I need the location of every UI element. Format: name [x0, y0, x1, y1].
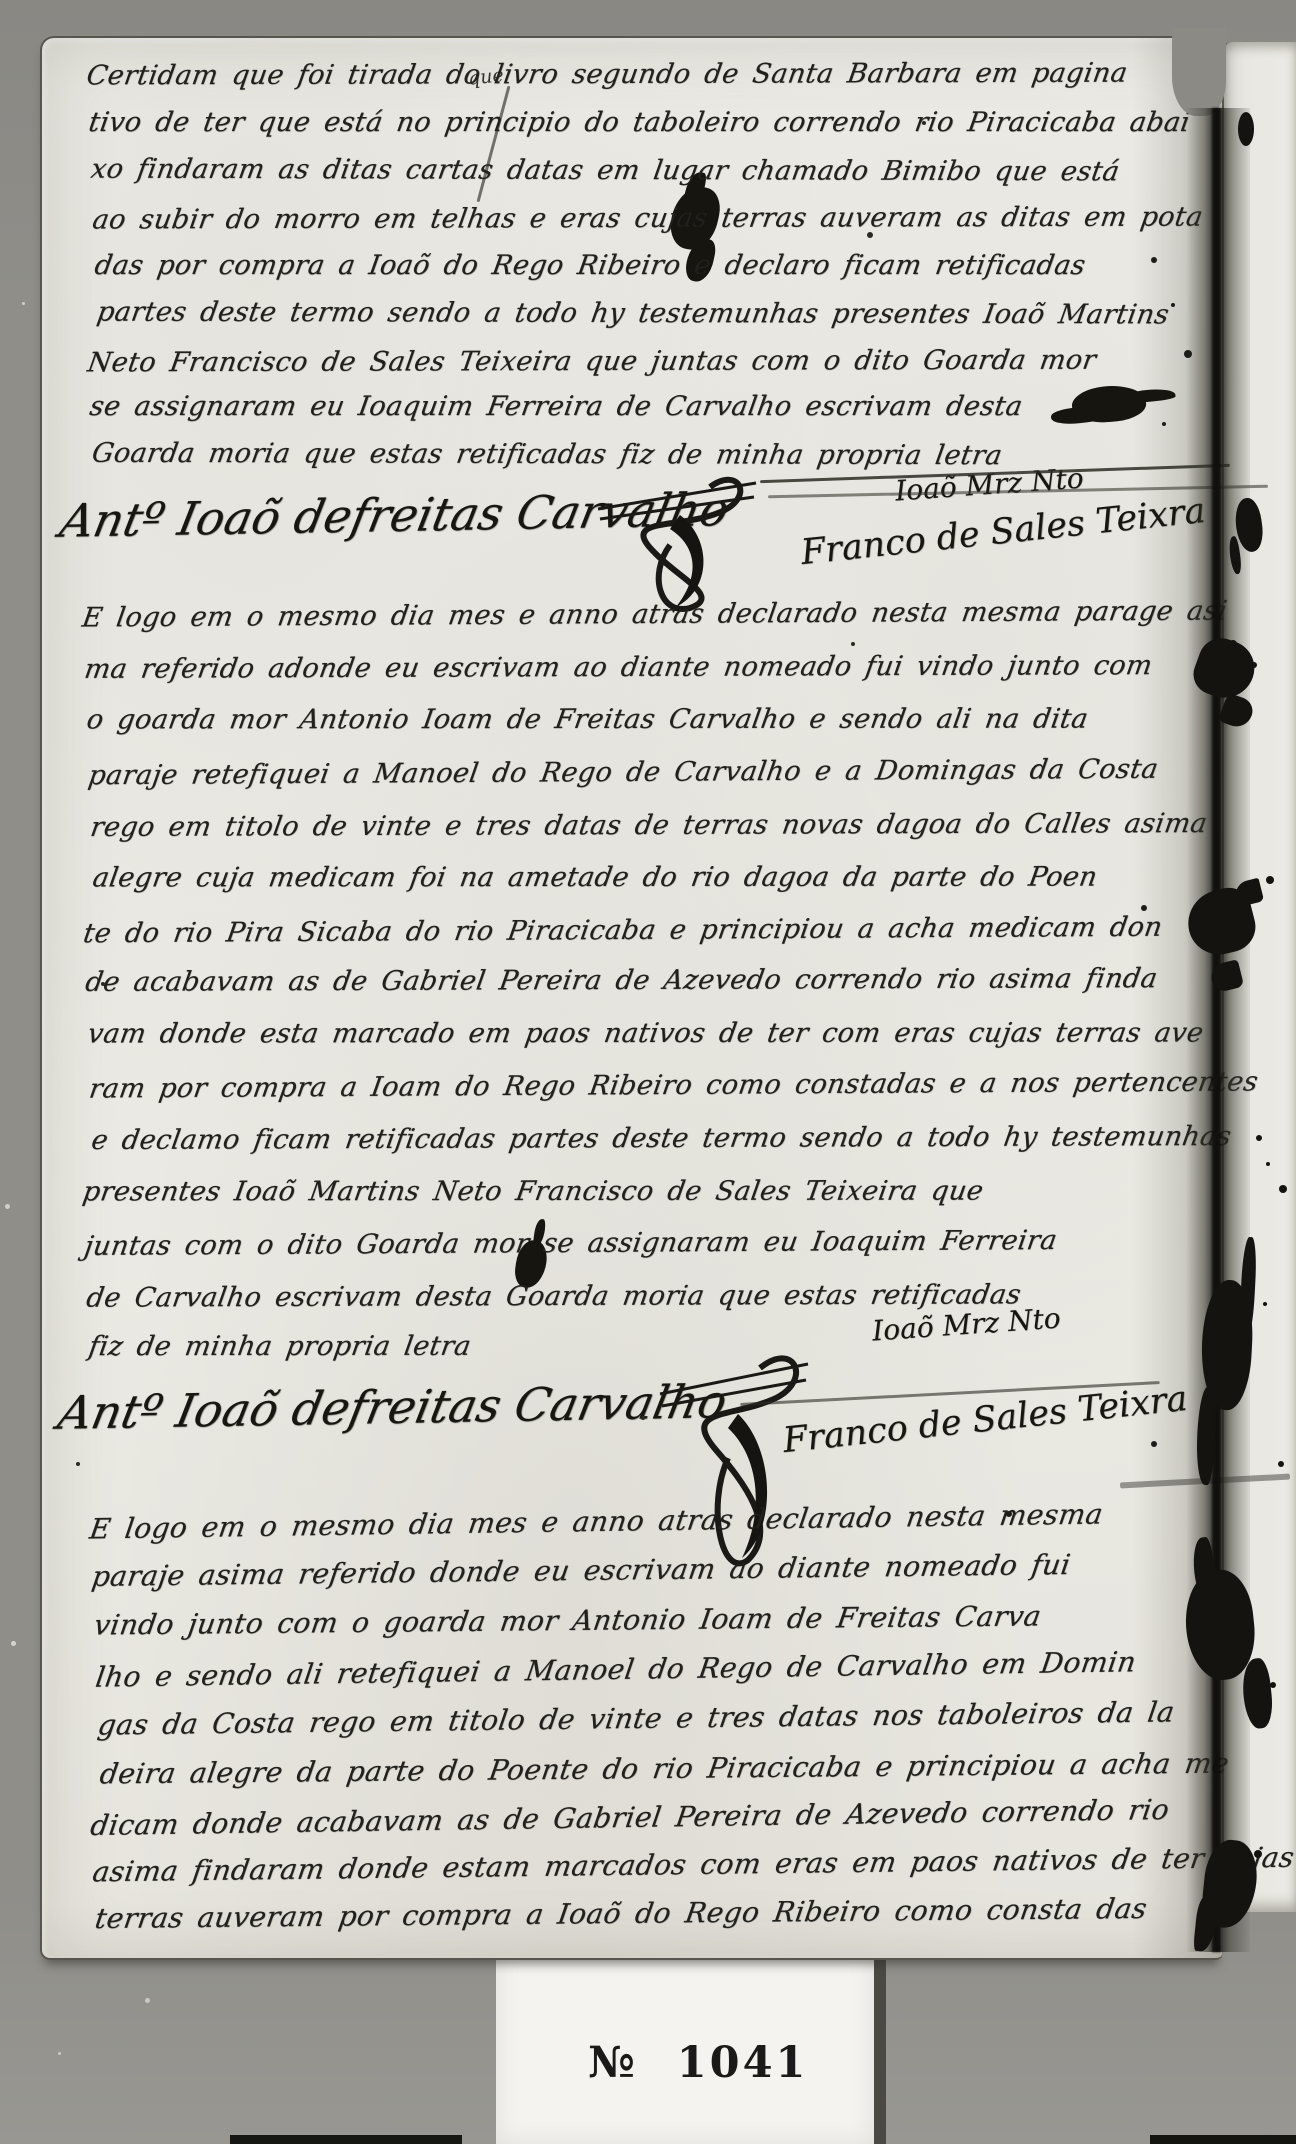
- manuscript-line: o goarda mor Antonio Ioam de Freitas Car…: [84, 704, 1090, 736]
- manuscript-line: alegre cuja medicam foi na ametade do ri…: [90, 862, 1099, 894]
- page-gap-top: [1172, 28, 1226, 116]
- gutter-ink-blob: [1238, 112, 1254, 146]
- manuscript-line: gas da Costa rego em titolo de vinte e t…: [96, 1696, 1177, 1742]
- signature-rubric-flourish-2: [630, 1328, 810, 1578]
- manuscript-line: de Carvalho escrivam desta Goarda moria …: [84, 1279, 1023, 1313]
- manuscript-line: deira alegre da parte do Poente do rio P…: [98, 1746, 1232, 1790]
- manuscript-line: xo findaram as ditas cartas datas em lug…: [89, 153, 1122, 187]
- manuscript-line: E logo em o mesmo dia mes e anno atras d…: [87, 1497, 1105, 1545]
- manuscript-line: asima findaram donde estam marcados com …: [90, 1840, 1296, 1888]
- manuscript-line: lho e sendo ali retefiquei a Manoel do R…: [93, 1645, 1138, 1693]
- manuscript-lines: que Ioaõ Mrz Nto Antº Ioaõ defreitas Car…: [0, 0, 1296, 2144]
- signature-rubric-flourish-1: [560, 452, 760, 622]
- signature-francisco-de-sales-teixeira-1: Franco de Sales Teixra: [799, 491, 1207, 573]
- manuscript-line: e declamo ficam retificadas partes deste…: [89, 1121, 1233, 1156]
- manuscript-scan-photo: №1041 que Ioaõ Mrz Nto Antº Ioaõ defreit…: [0, 0, 1296, 2144]
- manuscript-line: tivo de ter que está no principio do tab…: [87, 107, 1193, 138]
- manuscript-line: ram por compra a Ioam do Rego Ribeiro co…: [87, 1067, 1260, 1105]
- ink-spatter-dots: [0, 0, 4, 4]
- manuscript-line: presentes Ioaõ Martins Neto Francisco de…: [80, 1175, 985, 1207]
- manuscript-line: ma referido adonde eu escrivam ao diante…: [82, 650, 1154, 685]
- manuscript-line: rego em titolo de vinte e tres datas de …: [88, 808, 1209, 843]
- manuscript-line: partes deste termo sendo a todo hy teste…: [95, 297, 1172, 331]
- ink-blot: [1070, 382, 1147, 426]
- manuscript-line: Certidam que foi tirada do livro segundo…: [84, 57, 1129, 91]
- manuscript-line: paraje retefiquei a Manoel do Rego de Ca…: [86, 754, 1160, 792]
- manuscript-line: ao subir do morro em telhas e eras cujas…: [90, 201, 1205, 235]
- manuscript-line: vam donde esta marcado em paos nativos d…: [85, 1017, 1205, 1049]
- manuscript-line: dicam donde acabavam as de Gabriel Perei…: [88, 1793, 1171, 1842]
- manuscript-line: de acabavam as de Gabriel Pereira de Aze…: [83, 963, 1159, 998]
- manuscript-line: Neto Francisco de Sales Teixeira que jun…: [85, 345, 1098, 379]
- manuscript-line: juntas com o dito Goarda mor se assignar…: [82, 1225, 1059, 1262]
- manuscript-line: E logo em o mesmo dia mes e anno atras d…: [80, 595, 1229, 633]
- manuscript-line: fiz de minha propria letra: [87, 1331, 474, 1362]
- manuscript-line: das por compra a Ioaõ do Rego Ribeiro e …: [93, 250, 1088, 281]
- manuscript-line: te do rio Pira Sicaba do rio Piracicaba …: [81, 912, 1164, 950]
- manuscript-line: paraje asima referido donde eu escrivam …: [90, 1548, 1073, 1593]
- manuscript-line: Goarda moria que estas retificadas fiz d…: [90, 438, 1005, 471]
- manuscript-line: terras auveram por compra a Ioaõ do Rego…: [93, 1892, 1150, 1935]
- manuscript-line: se assignaram eu Ioaquim Ferreira de Car…: [88, 391, 1025, 422]
- manuscript-line: vindo junto com o goarda mor Antonio Ioa…: [92, 1599, 1044, 1641]
